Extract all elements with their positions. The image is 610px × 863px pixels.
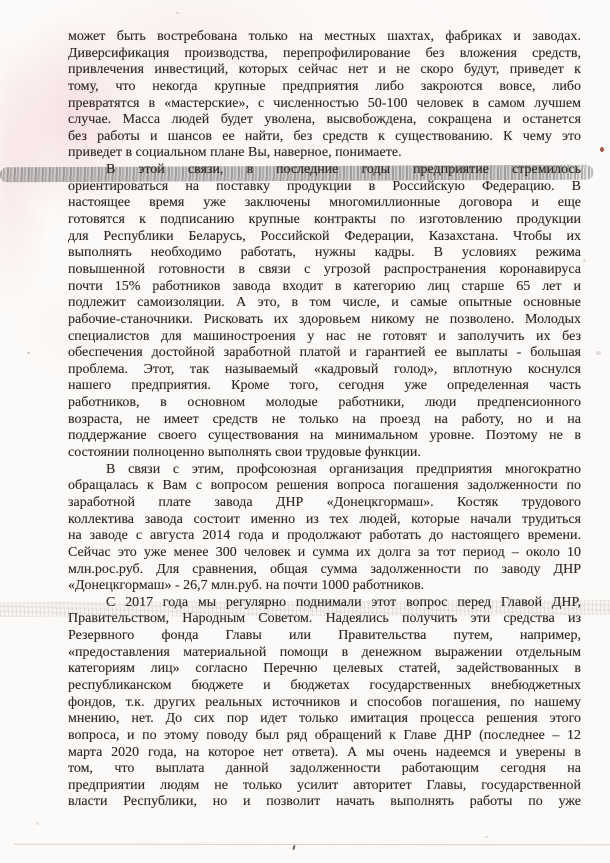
text-line: случае. Масса людей будет уволена, высво… <box>68 112 581 129</box>
text-line: обеспечения достойной заработной платой … <box>68 345 581 362</box>
text-line: возраста, не имеет средств не только на … <box>68 412 581 429</box>
text-line: Сейчас это уже менее 300 человек и сумма… <box>68 545 581 562</box>
text-line: подлежит самоизоляции. А это, в том числ… <box>68 295 581 312</box>
text-line: может быть востребована только на местны… <box>68 29 581 46</box>
text-line: коллектива завода состоит именно из тех … <box>68 512 581 529</box>
text-line: состоянии полноценно выполнять свои труд… <box>68 445 581 462</box>
letter-body: может быть востребована только на местны… <box>68 29 581 811</box>
text-line: млн.рос.руб. Для сравнения, общая сумма … <box>68 562 581 579</box>
scan-speck <box>27 352 30 354</box>
red-ink-dot <box>600 147 604 152</box>
text-line: мнению, нет. До сих пор идет только имит… <box>68 711 581 728</box>
scanned-page: может быть востребована только на местны… <box>0 0 610 863</box>
text-line: том, что выплата данной задолженности ра… <box>68 761 581 778</box>
text-line: власти Республики, но и позволит начать … <box>68 794 581 811</box>
text-line: нашего предприятия. Кроме того, сегодня … <box>68 378 581 395</box>
scan-speck <box>583 259 586 262</box>
scan-speck <box>596 351 601 355</box>
text-line: «Донецкгормаш» - 26,7 млн.руб. на почти … <box>68 578 581 595</box>
text-line: Правительством, Народным Советом. Надеял… <box>68 611 581 628</box>
text-line: без работы и шансов ее найти, без средст… <box>68 129 581 146</box>
text-line: специалистов для машиностроения у нас не… <box>68 329 581 346</box>
text-line: предприятии людям не только усилит автор… <box>68 778 581 795</box>
text-line: вопроса, и по этому поводу был ряд обращ… <box>68 728 581 745</box>
text-line: рабочие-станочники. Рисковать их здоровь… <box>68 312 581 329</box>
scan-speck <box>36 822 39 825</box>
text-line: превратятся в «мастерские», с численност… <box>68 96 581 113</box>
text-line: «предоставления материальной помощи в де… <box>68 645 581 662</box>
text-line: поддержание своего существования на мини… <box>68 428 581 445</box>
text-line: Резервного фонда Главы или Правительства… <box>68 628 581 645</box>
text-line: В связи с этим, профсоюзная организация … <box>68 462 581 479</box>
text-line: Диверсификация производства, перепрофили… <box>68 46 581 63</box>
text-line: приведет в социальном плане Вы, наверное… <box>68 145 581 162</box>
text-line: почти 15% работников завода входит в кат… <box>68 279 581 296</box>
text-line: на заводе с августа 2014 года и продолжа… <box>68 528 581 545</box>
text-line: работников, в основном молодые работники… <box>68 395 581 412</box>
scan-speck <box>485 836 488 838</box>
text-line: привлечения инвестиций, которых сейчас н… <box>68 62 581 79</box>
text-line: повышенной готовности в связи с угрозой … <box>68 262 581 279</box>
text-line: готовятся к подписанию крупные контракты… <box>68 212 581 229</box>
text-line: марта 2020 года, на которое нет ответа).… <box>68 745 581 762</box>
text-line: фондов, т.к. других реальных источников … <box>68 695 581 712</box>
text-line: категориям лиц» согласно Перечню целевых… <box>68 661 581 678</box>
text-line: проблема. Этот, так называемый «кадровый… <box>68 362 581 379</box>
text-line: ориентироваться на поставку продукции в … <box>68 179 581 196</box>
text-line: заработной плате завода ДНР «Донецкгорма… <box>68 495 581 512</box>
text-line: тому, что некогда крупные предприятия ли… <box>68 79 581 96</box>
text-line: для Республики Беларусь, Российской Феде… <box>68 229 581 246</box>
text-line: обращалась к Вам с вопросом решения вопр… <box>68 478 581 495</box>
text-line: С 2017 года мы регулярно поднимали этот … <box>68 595 581 612</box>
text-line: настоящее время уже заключены многомилли… <box>68 195 581 212</box>
text-line: выполнять необходимо работать, нужны кад… <box>68 245 581 262</box>
text-line: В этой связи, в последние годы предприят… <box>68 162 581 179</box>
text-line: республиканском бюджете и бюджетах госуд… <box>68 678 581 695</box>
scan-speck <box>176 12 179 14</box>
